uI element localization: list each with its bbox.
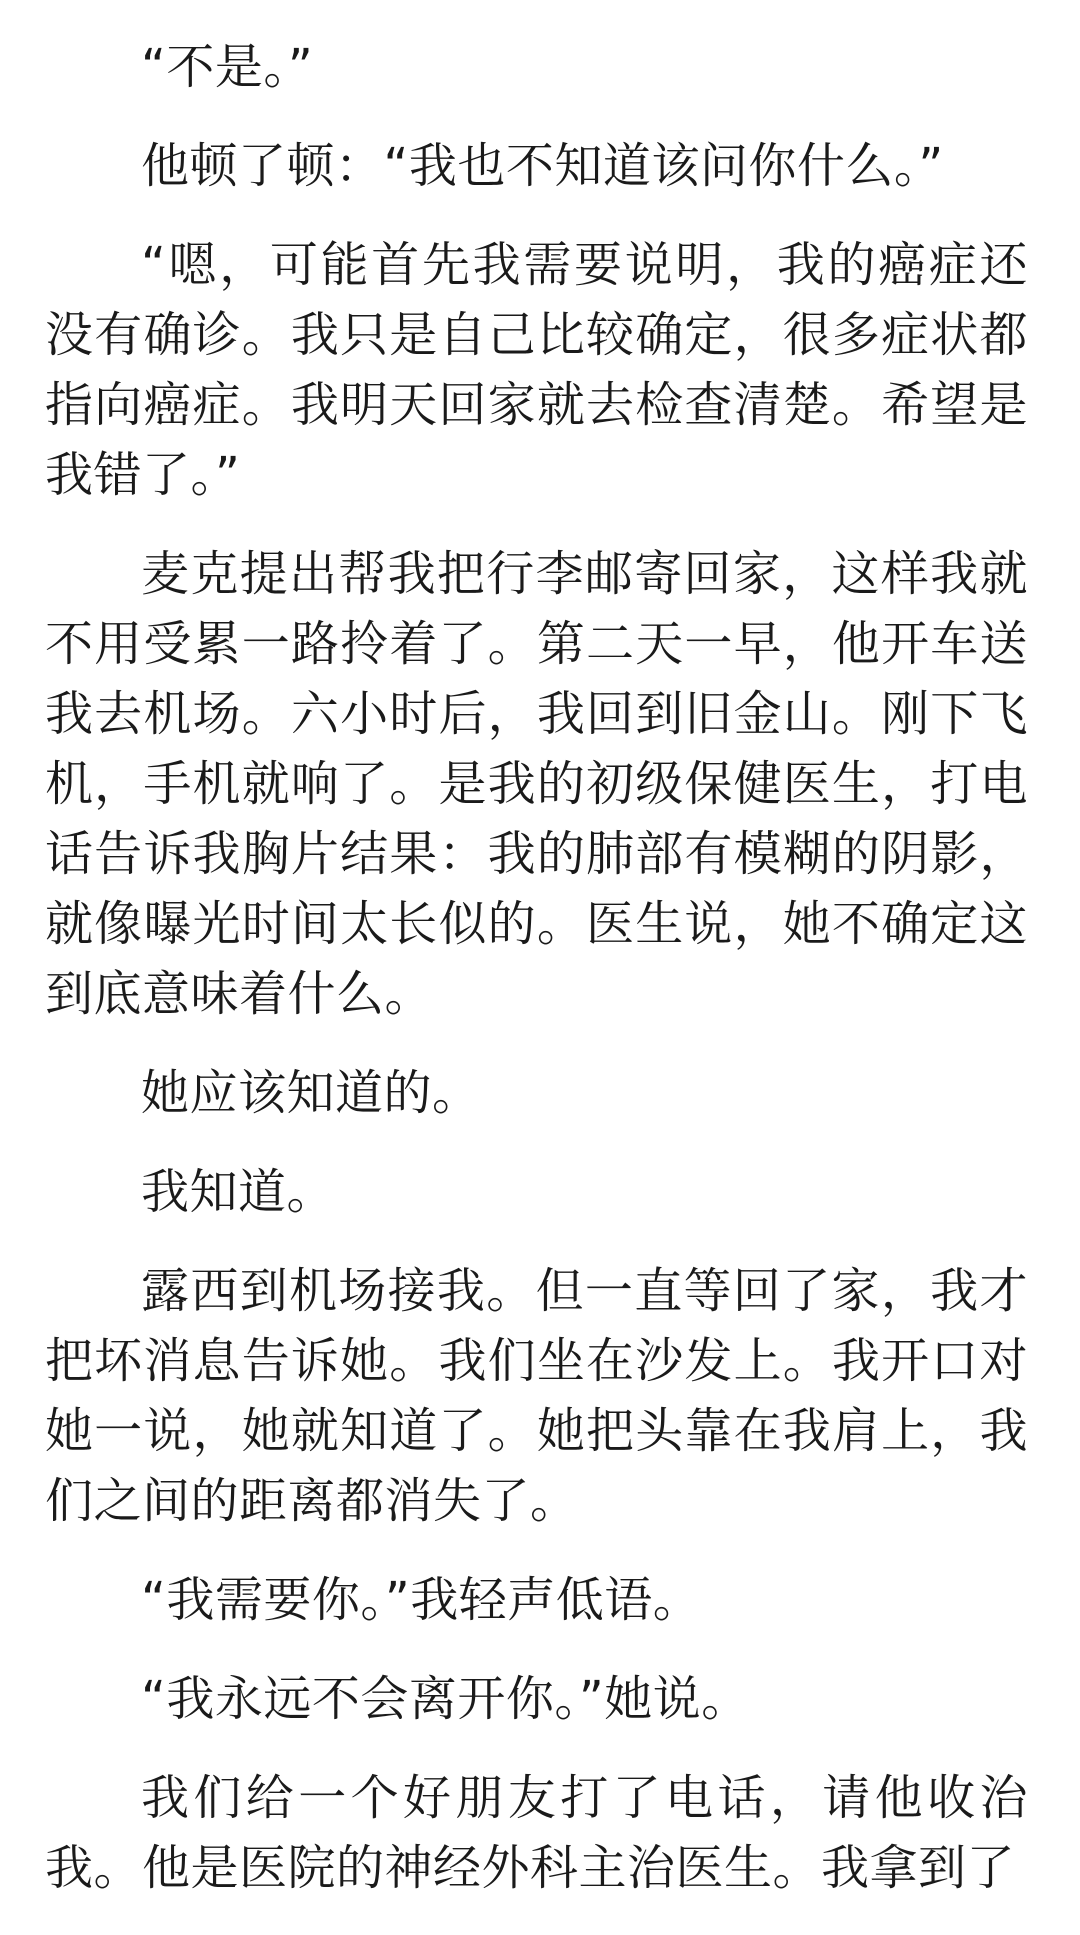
paragraph: “嗯，可能首先我需要说明，我的癌症还没有确诊。我只是自己比较确定，很多症状都指向…: [45, 230, 1028, 510]
paragraph: 我知道。: [45, 1157, 1028, 1227]
paragraph: 他顿了顿：“我也不知道该问你什么。”: [45, 131, 1028, 201]
paragraph: “不是。”: [45, 32, 1028, 102]
paragraph: 露西到机场接我。但一直等回了家，我才把坏消息告诉她。我们坐在沙发上。我开口对她一…: [45, 1256, 1028, 1536]
paragraph: 她应该知道的。: [45, 1058, 1028, 1128]
reader-page[interactable]: “不是。”他顿了顿：“我也不知道该问你什么。”“嗯，可能首先我需要说明，我的癌症…: [0, 0, 1080, 1935]
paragraph: “我需要你。”我轻声低语。: [45, 1565, 1028, 1635]
book-text-paragraphs: “不是。”他顿了顿：“我也不知道该问你什么。”“嗯，可能首先我需要说明，我的癌症…: [0, 0, 1080, 1903]
paragraph: 麦克提出帮我把行李邮寄回家，这样我就不用受累一路拎着了。第二天一早，他开车送我去…: [45, 539, 1028, 1029]
paragraph: “我永远不会离开你。”她说。: [45, 1664, 1028, 1734]
paragraph: 我们给一个好朋友打了电话，请他收治我。他是医院的神经外科主治医生。我拿到了: [45, 1763, 1028, 1903]
